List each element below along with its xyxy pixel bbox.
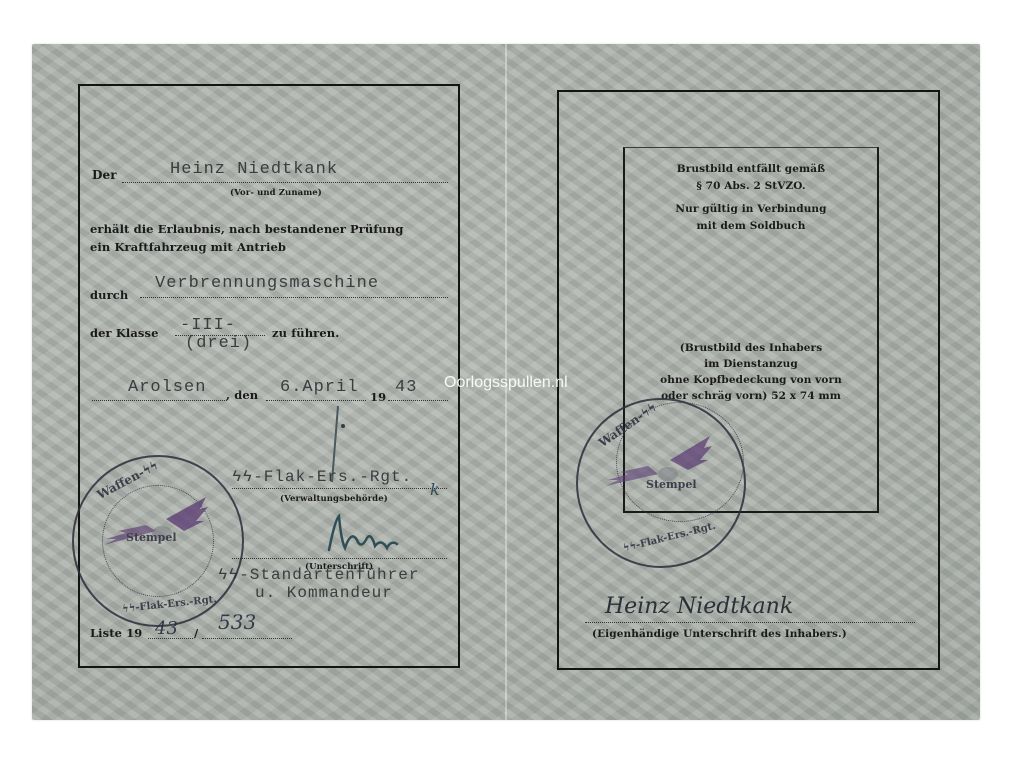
authority-caption: (Verwaltungsbehörde) [280, 494, 388, 504]
signatory-role: u. Kommandeur [255, 584, 393, 602]
authority-line [232, 488, 447, 489]
left-official-stamp: Waffen-ϟϟ Stempel ϟϟ-Flak-Ers.-Rgt. [72, 455, 244, 627]
photo-caption-line-2: im Dienstanzug [623, 358, 879, 370]
date-value: 6.April [280, 378, 358, 397]
drive-type-value: Verbrennungsmaschine [155, 274, 379, 293]
name-caption: (Vor- und Zuname) [230, 188, 322, 198]
photo-caption-line-1: (Brustbild des Inhabers [623, 342, 879, 354]
permission-line-2: ein Kraftfahrzeug mit Antrieb [90, 240, 286, 254]
notice-line-3: Nur gültig in Verbindung [623, 203, 879, 215]
year-prefix: 19 [370, 390, 386, 404]
year-value: 43 [395, 378, 417, 397]
den-label: , den [226, 388, 258, 402]
class-value: -III- [180, 316, 236, 335]
notice-line-4: mit dem Soldbuch [623, 220, 879, 232]
zu-fuehren-label: zu führen. [272, 326, 339, 340]
watermark-text: Oorlogsspullen.nl [444, 374, 568, 392]
liste-number: 533 [218, 610, 256, 634]
place-value: Arolsen [128, 378, 206, 397]
authority-value: ϟϟ-Flak-Ers.-Rgt. [232, 468, 412, 486]
class-label: der Klasse [90, 326, 159, 340]
notice-line-1: Brustbild entfällt gemäß [623, 163, 879, 175]
liste-label: Liste 19 [90, 626, 142, 640]
der-label: Der [92, 168, 117, 182]
initial-mark: k [430, 480, 440, 499]
durch-label: durch [90, 288, 128, 302]
right-official-stamp: Waffen-ϟϟ Stempel ϟϟ-Flak-Ers.-Rgt. [576, 398, 746, 568]
permission-line-1: erhält die Erlaubnis, nach bestandener P… [90, 222, 403, 236]
commander-signature [325, 510, 405, 560]
holder-name: Heinz Niedtkank [170, 160, 338, 179]
stamp-center-text: Stempel [646, 478, 697, 491]
stamp-bottom-text: ϟϟ-Flak-Ers.-Rgt. [122, 594, 218, 615]
stamp-bottom-text: ϟϟ-Flak-Ers.-Rgt. [622, 521, 717, 555]
year-line [388, 400, 448, 401]
photo-caption-line-3: ohne Kopfbedeckung von vorn [623, 374, 879, 386]
signatory-rank: ϟϟ-Standartenführer [218, 566, 419, 584]
liste-separator: / [194, 626, 198, 640]
class-words: (drei) [185, 334, 252, 353]
stamp-center-text: Stempel [126, 531, 177, 544]
date-line [266, 400, 366, 401]
eagle-emblem-icon [96, 489, 216, 559]
liste-number-line [202, 638, 292, 639]
place-line [92, 400, 227, 401]
holder-signature: Heinz Niedtkank [605, 594, 793, 619]
holder-signature-caption: (Eigenhändige Unterschrift des Inhabers.… [592, 628, 847, 640]
holder-signature-line [585, 622, 915, 623]
notice-line-2: § 70 Abs. 2 StVZO. [623, 180, 879, 192]
drive-type-line [140, 297, 448, 298]
signature-line [232, 558, 447, 559]
name-line [122, 182, 448, 183]
